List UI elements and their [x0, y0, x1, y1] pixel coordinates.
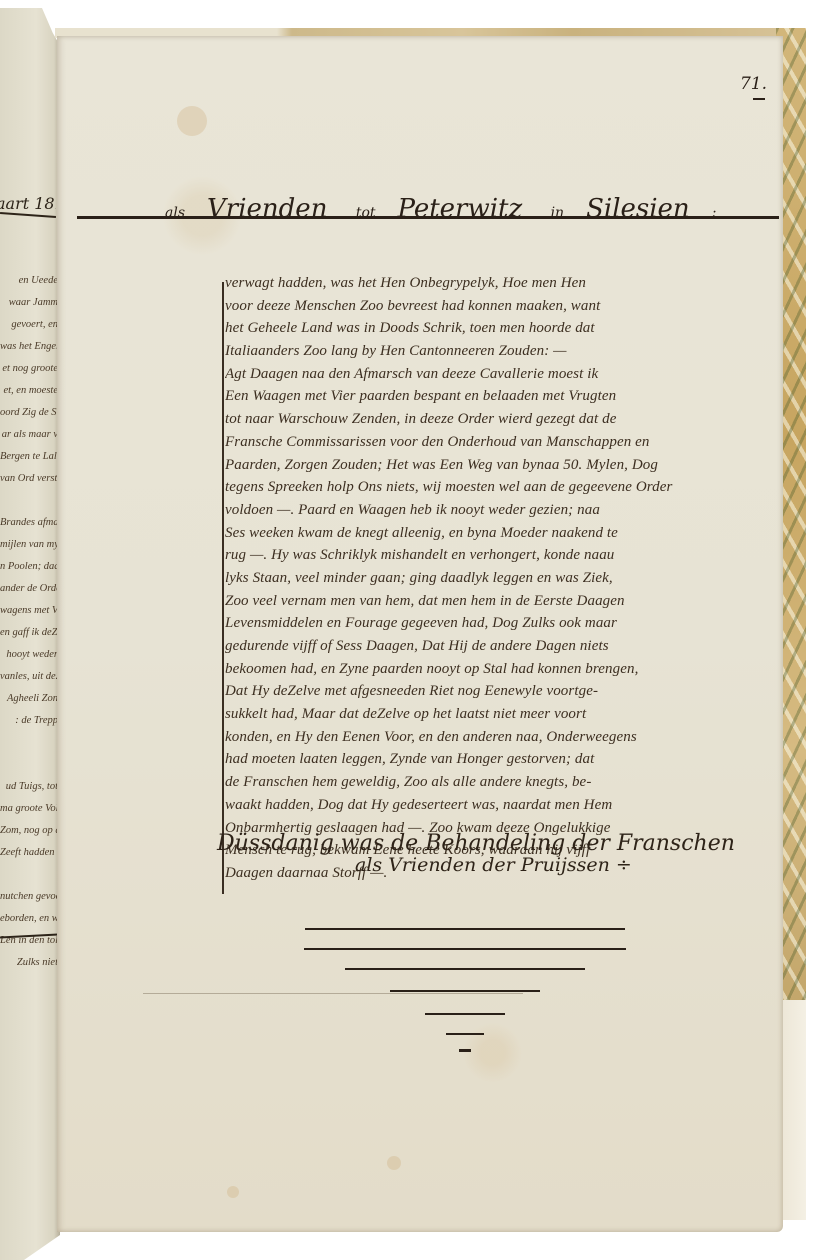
previous-page-line: ander de Ordeal	[0, 578, 58, 600]
end-rule	[305, 928, 625, 930]
previous-page-line: wagens met Vier	[0, 600, 58, 622]
page-header-title: alsVrienden totPeterwitz inSilesien:	[165, 194, 725, 224]
manuscript-body: verwagt hadden, was het Hen Onbegrypelyk…	[225, 272, 785, 885]
previous-page-line: et, en moeste	[0, 380, 58, 402]
previous-page-line: Agheeli Zon	[0, 688, 58, 710]
previous-page-line	[0, 754, 58, 776]
previous-page-line: waar Jamm	[0, 292, 58, 314]
left-margin-rule	[222, 282, 224, 894]
manuscript-line: sukkelt had, Maar dat deZelve op het laa…	[225, 703, 785, 726]
end-rule	[425, 1013, 505, 1015]
closing-line-1: Düssdanig was de Behandeling der Fransch…	[217, 831, 797, 856]
manuscript-line: Agt Daagen naa den Afmarsch van deeze Ca…	[225, 363, 785, 386]
end-rule	[459, 1049, 471, 1052]
previous-page-line: n Poolen; daa	[0, 556, 58, 578]
manuscript-line: Italiaanders Zoo lang by Hen Cantonneere…	[225, 340, 785, 363]
previous-page-fragment: aart 1813. en Ueedewaar Jammgevoert, enw…	[0, 8, 60, 1260]
manuscript-line: Levensmiddelen en Fourage gegeeven had, …	[225, 612, 785, 635]
previous-page-line: : de Trepp	[0, 710, 58, 732]
manuscript-line: Fransche Commissarissen voor den Onderho…	[225, 431, 785, 454]
previous-page-line: eborden, en waa	[0, 908, 58, 930]
page-number: 71.	[740, 74, 767, 94]
manuscript-line: gedurende vijff of Sess Daagen, Dat Hij …	[225, 635, 785, 658]
manuscript-line: bekoomen had, en Zyne paarden nooyt op S…	[225, 658, 785, 681]
manuscript-line: Ses weeken kwam de knegt alleenig, en by…	[225, 522, 785, 545]
manuscript-page: 71. alsVrienden totPeterwitz inSilesien:…	[57, 36, 783, 1232]
foxing-stain	[177, 106, 207, 136]
previous-page-line: hooyt weder	[0, 644, 58, 666]
manuscript-line: tegens Spreeken holp Ons niets, wij moes…	[225, 476, 785, 499]
manuscript-line: Dat Hy deZelve met afgesneeden Riet nog …	[225, 680, 785, 703]
previous-page-line: ma groote Vol,	[0, 798, 58, 820]
faint-pencil-rule	[143, 993, 523, 994]
page-number-underline	[753, 98, 765, 100]
previous-page-line: Brandes afmarsc	[0, 512, 58, 534]
manuscript-line: had moeten laaten leggen, Zynde van Hong…	[225, 748, 785, 771]
previous-page-line	[0, 490, 58, 512]
previous-page-line: en gaff ik deZelve	[0, 622, 58, 644]
previous-page-line: van Ord versteld	[0, 468, 58, 490]
previous-page-line: Zeeft hadden vee	[0, 842, 58, 864]
previous-page-text: en Ueedewaar Jammgevoert, enwas het Enge…	[0, 270, 58, 974]
previous-page-line: mijlen van my	[0, 534, 58, 556]
closing-line-2: als Vrienden der Pruijssen ÷	[355, 854, 797, 876]
header-rule	[77, 216, 779, 219]
manuscript-line: Zoo veel vernam men van hem, dat men hem…	[225, 590, 785, 613]
previous-page-line: nutchen gevoert,	[0, 886, 58, 908]
closing-statement: Düssdanig was de Behandeling der Fransch…	[217, 831, 797, 876]
manuscript-line: konden, en Hy den Eenen Voor, en den and…	[225, 726, 785, 749]
previous-page-line	[0, 732, 58, 754]
header-word: Silesien	[586, 194, 690, 224]
previous-page-line: et nog groote	[0, 358, 58, 380]
manuscript-line: verwagt hadden, was het Hen Onbegrypelyk…	[225, 272, 785, 295]
previous-page-line: gevoert, en	[0, 314, 58, 336]
end-rule	[446, 1033, 484, 1035]
header-word: Peterwitz	[398, 194, 523, 224]
previous-page-line: ar als maar v	[0, 424, 58, 446]
previous-page-line: oord Zig de St	[0, 402, 58, 424]
manuscript-line: lyks Staan, veel minder gaan; ging daadl…	[225, 567, 785, 590]
header-word: Vrienden	[207, 194, 327, 224]
previous-page-line: vanles, uit deZel	[0, 666, 58, 688]
manuscript-line: Een Waagen met Vier paarden bespant en b…	[225, 385, 785, 408]
manuscript-line: rug —. Hy was Schriklyk mishandelt en ve…	[225, 544, 785, 567]
previous-page-line: was het Engel	[0, 336, 58, 358]
previous-page-line: ud Tuigs, tot	[0, 776, 58, 798]
previous-page-line: Zulks niet	[0, 952, 58, 974]
previous-page-line: Bergen te Lalle	[0, 446, 58, 468]
page-block-edge	[780, 1000, 806, 1220]
manuscript-line: voor deeze Menschen Zoo bevreest had kon…	[225, 295, 785, 318]
end-rule	[390, 990, 540, 992]
manuscript-line: de Franschen hem geweldig, Zoo als alle …	[225, 771, 785, 794]
manuscript-line: waakt hadden, Dog dat Hy gedeserteert wa…	[225, 794, 785, 817]
foxing-stain	[387, 1156, 401, 1170]
manuscript-line: Paarden, Zorgen Zouden; Het was Een Weg …	[225, 454, 785, 477]
end-rule	[304, 948, 626, 950]
previous-page-line: en Ueede	[0, 270, 58, 292]
previous-page-line	[0, 864, 58, 886]
manuscript-line: voldoen —. Paard en Waagen heb ik nooyt …	[225, 499, 785, 522]
previous-page-line: Zom, nog op den	[0, 820, 58, 842]
end-rule	[345, 968, 585, 970]
manuscript-line: het Geheele Land was in Doods Schrik, to…	[225, 317, 785, 340]
foxing-stain	[227, 1186, 239, 1198]
manuscript-line: tot naar Warschouw Zenden, in deeze Orde…	[225, 408, 785, 431]
previous-page-heading: aart 1813.	[0, 194, 56, 213]
